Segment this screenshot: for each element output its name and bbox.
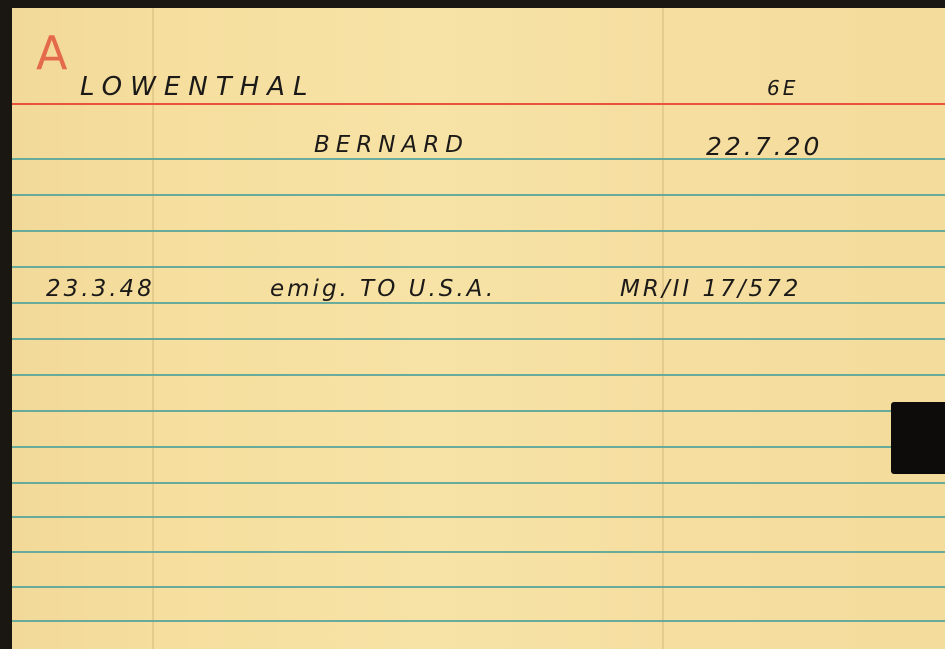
ruled-line: [12, 446, 945, 448]
entry-note: emig. TO U.S.A.: [270, 276, 496, 302]
ruled-line: [12, 302, 945, 304]
ruled-line: [12, 194, 945, 196]
birth-date: 22.7.20: [706, 132, 822, 161]
corner-mark: A: [36, 26, 67, 80]
ruled-line: [12, 374, 945, 376]
card-tab-marker: [891, 402, 945, 474]
entry-date: 23.3.48: [46, 276, 155, 302]
header-rule: [12, 103, 945, 105]
ruled-line: [12, 230, 945, 232]
ruled-line: [12, 551, 945, 553]
given-name: BERNARD: [314, 132, 469, 158]
ruled-line: [12, 266, 945, 268]
ruled-line: [12, 482, 945, 484]
ruled-line: [12, 516, 945, 518]
index-card: A LOWENTHAL 6E BERNARD 22.7.20 23.3.48 e…: [12, 8, 945, 649]
ruled-line: [12, 410, 945, 412]
entry-reference: MR/II 17/572: [620, 276, 801, 302]
ruled-line: [12, 620, 945, 622]
card-code: 6E: [767, 76, 798, 100]
surname: LOWENTHAL: [80, 72, 315, 102]
ruled-line: [12, 586, 945, 588]
ruled-line: [12, 338, 945, 340]
